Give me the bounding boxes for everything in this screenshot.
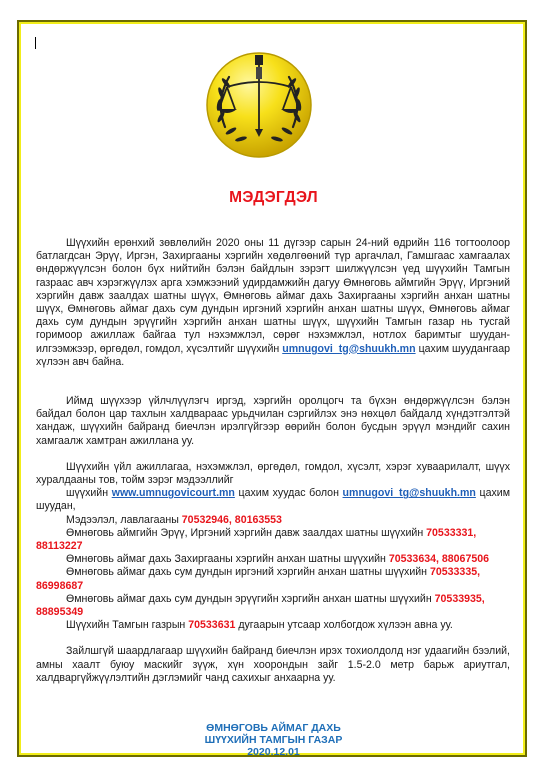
contact-line: Өмнөговь аймгийн Эрүү, Иргэний хэргийн д… (36, 527, 510, 553)
contact-line: Өмнөговь аймаг дахь Захиргааны хэргийн а… (36, 553, 510, 566)
signature-date: 2020.12.01 (0, 746, 547, 758)
signature-block: ӨМНӨГОВЬ АЙМАГ ДАХЬ ШҮҮХИЙН ТАМГЫН ГАЗАР… (0, 722, 547, 758)
email-link[interactable]: umnugovi_tg@shuukh.mn (343, 487, 476, 499)
phone-numbers: 70533631 (188, 619, 235, 631)
contact-line: Өмнөговь аймаг дахь сум дундын эрүүгийн … (36, 593, 510, 619)
website-link[interactable]: www.umnugovicourt.mn (112, 487, 235, 499)
text-cursor (35, 37, 36, 49)
paragraph-2: Иймд шүүхээр үйлчлүүлэгч иргэд, хэргийн … (36, 395, 510, 448)
phone-numbers: 70533634, 88067506 (389, 553, 489, 565)
page-title: МЭДЭГДЭЛ (0, 189, 547, 207)
signature-org-line2: ШҮҮХИЙН ТАМГЫН ГАЗАР (0, 734, 547, 746)
paragraph-3-web: шүүхийн www.umnugovicourt.mn цахим хууда… (36, 487, 510, 513)
email-link[interactable]: umnugovi_tg@shuukh.mn (282, 343, 415, 355)
paragraph-3-intro: Шүүхийн үйл ажиллагаа, нэхэмжлэл, өргөдө… (36, 461, 510, 487)
document-body: Шүүхийн ерөнхий зөвлөлийн 2020 оны 11 дү… (36, 237, 510, 685)
contact-line: Мэдээлэл, лавлагааны 70532946, 80163553 (36, 514, 510, 527)
phone-numbers: 70532946, 80163553 (182, 514, 282, 526)
court-emblem-icon (205, 47, 313, 159)
paragraph-1: Шүүхийн ерөнхий зөвлөлийн 2020 оны 11 дү… (36, 237, 510, 369)
contact-line-final: Шүүхийн Тамгын газрын 70533631 дугаарын … (36, 619, 510, 632)
signature-org-line1: ӨМНӨГОВЬ АЙМАГ ДАХЬ (0, 722, 547, 734)
contact-line: Өмнөговь аймаг дахь сум дундын иргэний х… (36, 566, 510, 592)
paragraph-4: Зайлшгүй шаардлагаар шүүхийн байранд бие… (36, 645, 510, 685)
